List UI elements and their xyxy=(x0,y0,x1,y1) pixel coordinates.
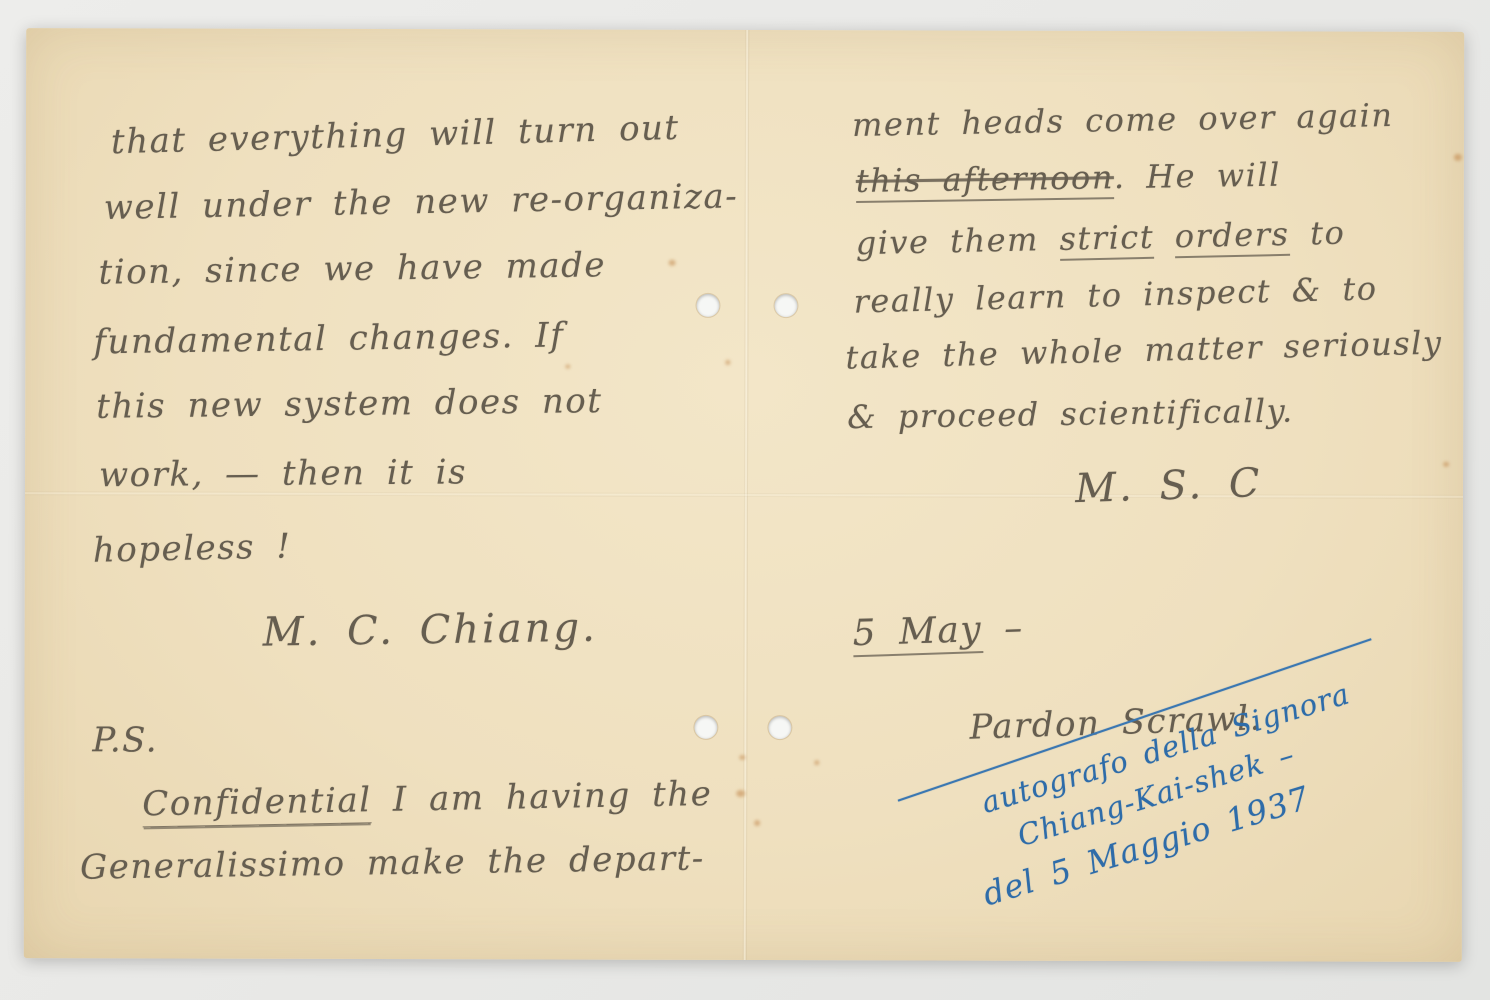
photo-backdrop: that everything will turn out well under… xyxy=(0,0,1490,1000)
handwritten-line: that everything will turn out xyxy=(111,108,681,162)
punch-hole xyxy=(774,294,797,317)
line-text: P.S. xyxy=(92,720,158,760)
foxing-spot xyxy=(669,260,676,266)
line-text: well under the new re-organiza- xyxy=(103,176,738,228)
line-text: to xyxy=(1289,214,1346,253)
handwritten-line: take the whole matter seriously xyxy=(845,323,1443,376)
date-line: 5 May – xyxy=(852,608,1024,654)
line-text: ment heads come over again xyxy=(852,96,1394,144)
punch-hole xyxy=(768,716,791,739)
handwritten-line: Confidential I am having the xyxy=(142,774,713,824)
line-text: hopeless ! xyxy=(92,526,291,570)
handwritten-line: this new system does not xyxy=(96,381,603,427)
handwritten-line: hopeless ! xyxy=(92,526,291,570)
foxing-spot xyxy=(814,760,819,765)
handwritten-line: really learn to inspect & to xyxy=(853,269,1378,320)
line-text: & proceed scientifically. xyxy=(847,392,1294,437)
line-text: I am having the xyxy=(371,774,712,820)
handwritten-line: tion, since we have made xyxy=(98,245,606,293)
line-text: Generalissimo make the depart- xyxy=(80,838,705,887)
foxing-spot xyxy=(725,360,730,365)
handwritten-line: give them strict orders to xyxy=(855,214,1345,263)
foxing-spot xyxy=(739,755,745,760)
foxing-spot xyxy=(1454,154,1462,161)
foxing-spot xyxy=(736,790,745,797)
postscript-heading: P.S. xyxy=(92,720,158,760)
handwritten-line: & proceed scientifically. xyxy=(847,392,1294,437)
line-text: that everything will turn out xyxy=(111,108,681,162)
handwritten-line: ment heads come over again xyxy=(852,96,1394,144)
line-text: M. C. Chiang. xyxy=(262,605,598,656)
handwritten-line: fundamental changes. If xyxy=(93,315,564,362)
line-text: work, — then it is xyxy=(99,452,467,495)
handwritten-line: well under the new re-organiza- xyxy=(103,176,738,228)
punch-hole xyxy=(694,716,717,739)
handwritten-line: Generalissimo make the depart- xyxy=(80,838,705,887)
handwritten-line: work, — then it is xyxy=(99,452,467,495)
foxing-spot xyxy=(754,820,760,826)
foxing-spot xyxy=(1443,462,1449,467)
ink-annotation: autografo della Signora Chiang-Kai-shek … xyxy=(903,621,1490,1000)
signature-initials: M. S. C xyxy=(1074,460,1263,512)
line-text: take the whole matter seriously xyxy=(845,323,1443,376)
signature-left: M. C. Chiang. xyxy=(262,605,598,656)
underlined-word: Confidential xyxy=(142,780,372,827)
underlined-word: strict xyxy=(1059,218,1154,261)
line-text: M. S. C xyxy=(1074,460,1263,512)
line-text: fundamental changes. If xyxy=(93,315,564,362)
punch-hole xyxy=(696,294,719,317)
line-text: give them xyxy=(855,220,1060,262)
emphasized-words: this afternoon xyxy=(856,158,1115,203)
line-text: – xyxy=(981,608,1024,650)
foxing-spot xyxy=(565,365,570,369)
underlined-date: 5 May xyxy=(852,609,983,657)
underlined-word: orders xyxy=(1174,215,1290,258)
line-text: tion, since we have made xyxy=(98,245,606,293)
line-text: . He will xyxy=(1114,156,1281,196)
line-text: really learn to inspect & to xyxy=(853,269,1378,320)
letter-paper: that everything will turn out well under… xyxy=(24,28,1464,962)
line-text: this new system does not xyxy=(96,381,603,427)
handwritten-line: this afternoon. He will xyxy=(856,156,1282,200)
line-text xyxy=(1154,217,1175,255)
